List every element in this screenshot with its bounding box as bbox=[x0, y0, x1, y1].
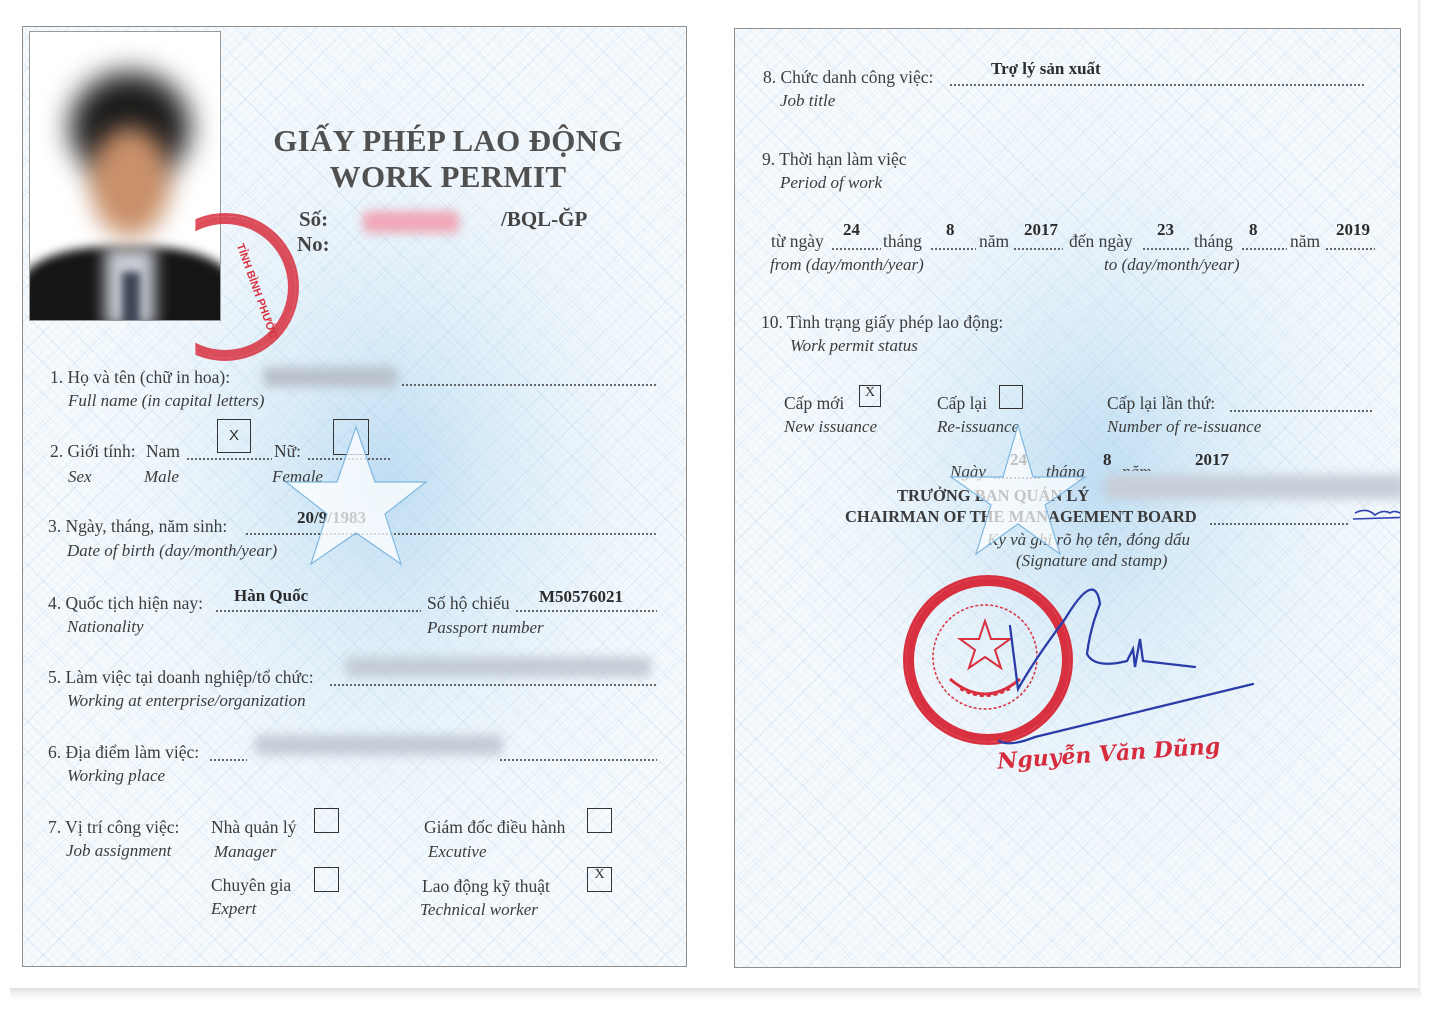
signature-note-vn: Ký và ghi rõ họ tên, đóng dấu bbox=[987, 530, 1190, 550]
to-label: đến ngày bbox=[1069, 231, 1133, 252]
work-permit-left-page: TỈNH BÌNH PHƯỚC GIẤY PHÉP LAO ĐỘNG WORK … bbox=[22, 26, 687, 967]
check-mark: X bbox=[229, 427, 239, 444]
from-label: từ ngày bbox=[771, 231, 824, 252]
option-manager-checkbox[interactable] bbox=[314, 808, 339, 833]
from-month-value: 8 bbox=[946, 220, 955, 240]
to-year-value: 2019 bbox=[1336, 220, 1370, 240]
full-name-label: 1. Họ và tên (chữ in hoa): bbox=[50, 367, 230, 388]
board-label-vn: TRƯỞNG BAN QUẢN LÝ bbox=[897, 486, 1089, 506]
check-mark: X bbox=[594, 867, 604, 882]
option-executive-label-en: Excutive bbox=[428, 842, 487, 862]
nationality-label-en: Nationality bbox=[67, 617, 144, 637]
to-label-en: to (day/month/year) bbox=[1104, 255, 1240, 275]
option-technical-label: Lao động kỹ thuật bbox=[422, 876, 550, 897]
job-assignment-label: 7. Vị trí công việc: bbox=[48, 817, 179, 838]
work-permit-right-page: Trợ lý sản xuất 8. Chức danh công việc: … bbox=[734, 28, 1401, 968]
full-name-label-en: Full name (in capital letters) bbox=[68, 391, 264, 411]
option-technical-checkbox[interactable]: X bbox=[587, 867, 612, 892]
full-name-redacted bbox=[263, 367, 397, 387]
title-vn: GIẤY PHÉP LAO ĐỘNG bbox=[248, 123, 648, 159]
status-label-en: Work permit status bbox=[790, 336, 918, 356]
re-issuance-count-label: Cấp lại lần thứ: bbox=[1107, 393, 1215, 414]
from-year-word: năm bbox=[979, 231, 1009, 252]
option-manager-label-en: Manager bbox=[214, 842, 276, 862]
workplace-redacted bbox=[255, 735, 503, 755]
sheet-shadow bbox=[10, 988, 1422, 1000]
job-title-label-en: Job title bbox=[780, 91, 835, 111]
option-expert-checkbox[interactable] bbox=[314, 867, 339, 892]
board-name-redacted bbox=[1105, 475, 1401, 499]
enterprise-label: 5. Làm việc tại doanh nghiệp/tổ chức: bbox=[48, 667, 314, 688]
dob-label-en: Date of birth (day/month/year) bbox=[67, 541, 277, 561]
enterprise-label-en: Working at enterprise/organization bbox=[67, 691, 306, 711]
period-label: 9. Thời hạn làm việc bbox=[762, 149, 907, 170]
from-year-value: 2017 bbox=[1024, 220, 1058, 240]
signature-note-en: (Signature and stamp) bbox=[1016, 551, 1167, 571]
sex-female-label-en: Female bbox=[272, 467, 323, 487]
option-expert-label: Chuyên gia bbox=[211, 875, 291, 896]
board-label-en: CHAIRMAN OF THE MANAGEMENT BOARD bbox=[845, 507, 1197, 527]
to-month-value: 8 bbox=[1249, 220, 1258, 240]
new-issuance-checkbox[interactable]: X bbox=[859, 385, 881, 407]
sex-label: 2. Giới tính: bbox=[50, 441, 136, 462]
nationality-value: Hàn Quốc bbox=[234, 586, 308, 606]
period-label-en: Period of work bbox=[780, 173, 882, 193]
sheet-edge bbox=[1418, 0, 1422, 992]
sex-female-checkbox[interactable] bbox=[333, 419, 369, 455]
portrait-photo bbox=[29, 31, 221, 321]
new-issuance-label: Cấp mới bbox=[784, 393, 844, 414]
job-title-value: Trợ lý sản xuất bbox=[991, 59, 1101, 79]
workplace-label-en: Working place bbox=[67, 766, 165, 786]
passport-value: M50576021 bbox=[539, 587, 623, 607]
option-technical-label-en: Technical worker bbox=[420, 900, 538, 920]
permit-number-redacted bbox=[363, 211, 459, 233]
re-issuance-count-label-en: Number of re-issuance bbox=[1107, 417, 1261, 437]
sex-male-checkbox[interactable]: X bbox=[217, 419, 251, 453]
issue-day-value: 24 bbox=[1010, 450, 1027, 470]
issue-month-value: 8 bbox=[1103, 450, 1112, 470]
option-manager-label: Nhà quản lý bbox=[211, 817, 297, 838]
passport-label: Số hộ chiếu bbox=[427, 593, 510, 614]
signer-name: Nguyễn Văn Dũng bbox=[996, 733, 1221, 775]
nationality-label: 4. Quốc tịch hiện nay: bbox=[48, 593, 203, 614]
number-label-en: No: bbox=[297, 232, 330, 257]
re-issuance-label: Cấp lại bbox=[937, 393, 987, 414]
re-issuance-checkbox[interactable] bbox=[999, 385, 1023, 409]
issue-month-word: tháng bbox=[1046, 462, 1085, 482]
status-label: 10. Tình trạng giấy phép lao động: bbox=[761, 312, 1003, 333]
from-label-en: from (day/month/year) bbox=[770, 255, 924, 275]
job-title-label: 8. Chức danh công việc: bbox=[763, 67, 933, 88]
passport-label-en: Passport number bbox=[427, 618, 544, 638]
dob-label: 3. Ngày, tháng, năm sinh: bbox=[48, 516, 227, 537]
number-label-vn: Số: bbox=[299, 207, 328, 232]
sex-male-label: Nam bbox=[146, 441, 180, 462]
option-executive-label: Giám đốc điều hành bbox=[424, 817, 565, 838]
to-year-word: năm bbox=[1290, 231, 1320, 252]
from-day-value: 24 bbox=[843, 220, 860, 240]
to-day-value: 23 bbox=[1157, 220, 1174, 240]
title-en: WORK PERMIT bbox=[248, 159, 648, 195]
option-executive-checkbox[interactable] bbox=[587, 808, 612, 833]
sex-male-label-en: Male bbox=[144, 467, 179, 487]
number-suffix: /BQL-ĞP bbox=[501, 207, 587, 232]
re-issuance-label-en: Re-issuance bbox=[937, 417, 1019, 437]
new-issuance-label-en: New issuance bbox=[784, 417, 877, 437]
official-stamp bbox=[903, 575, 1073, 745]
dob-value: 20/9/1983 bbox=[297, 508, 366, 528]
to-month-word: tháng bbox=[1194, 231, 1233, 252]
workplace-label: 6. Địa điểm làm việc: bbox=[48, 742, 199, 763]
option-expert-label-en: Expert bbox=[211, 899, 256, 919]
sex-female-label: Nữ: bbox=[274, 441, 301, 462]
from-month-word: tháng bbox=[883, 231, 922, 252]
check-mark: X bbox=[865, 385, 875, 400]
job-assignment-label-en: Job assignment bbox=[66, 841, 171, 861]
issue-year-value: 2017 bbox=[1195, 450, 1229, 470]
enterprise-redacted bbox=[345, 657, 651, 677]
sex-label-en: Sex bbox=[68, 467, 92, 487]
issue-day-word: Ngày bbox=[950, 462, 986, 482]
